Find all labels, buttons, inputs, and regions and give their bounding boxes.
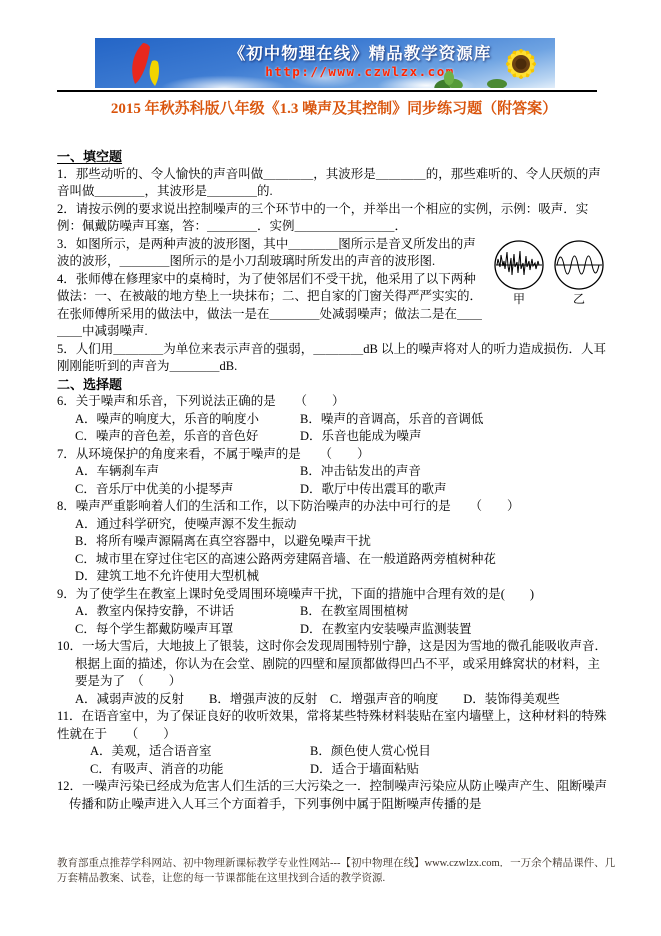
- question-body: 一、填空题 1．那些动听的、令人愉快的声音叫做＿＿＿＿，其波形是＿＿＿＿的，那些…: [57, 148, 611, 813]
- question-7-options-cd: C．音乐厅中优美的小提琴声 D．歌厅中传出震耳的歌声: [57, 481, 611, 499]
- option-9d: D．在教室内安装噪声监测装置: [300, 621, 611, 639]
- question-10-options: A．减弱声波的反射 B．增强声波的反射 C．增强声音的响度 D．装饰得美观些: [57, 691, 611, 709]
- question-7-stem: 7．从环境保护的角度来看，不属于噪声的是 （ ）: [57, 446, 611, 464]
- option-6b: B．噪声的音调高，乐音的音调低: [300, 411, 611, 429]
- section-heading-fill-in: 一、填空题: [57, 148, 611, 166]
- option-8d: D．建筑工地不允许使用大型机械: [57, 568, 611, 586]
- option-6c: C．噪声的音色差，乐音的音色好: [75, 428, 300, 446]
- site-name: 《初中物理在线》精品教学资源库: [195, 40, 525, 64]
- site-url: http://www.czwlzx.com: [195, 64, 525, 79]
- waveform-jia-cell: 甲: [493, 239, 545, 306]
- worksheet-page: 《初中物理在线》精品教学资源库 http://www.czwlzx.com: [0, 0, 661, 936]
- option-9c: C．每个学生都戴防噪声耳罩: [75, 621, 300, 639]
- question-11-options-ab: A．美观，适合语音室 B．颜色使人赏心悦目: [57, 743, 611, 761]
- question-2: 2．请按示例的要求说出控制噪声的三个环节中的一个，并举出一个相应的实例，示例：吸…: [57, 201, 611, 236]
- waveform-noise-icon: [493, 239, 545, 291]
- waveform-figure: 甲 乙: [493, 239, 611, 306]
- question-9-options-ab: A．教室内保持安静，不讲话 B．在教室周围植树: [57, 603, 611, 621]
- question-6-options-cd: C．噪声的音色差，乐音的音色好 D．乐音也能成为噪声: [57, 428, 611, 446]
- page-content: 《初中物理在线》精品教学资源库 http://www.czwlzx.com: [0, 38, 661, 813]
- leaves-icon: [433, 68, 467, 88]
- question-12-stem: 12．一噪声污染已经成为危害人们生活的三大污染之一．控制噪声污染应从防止噪声产生…: [57, 778, 611, 813]
- question-9-options-cd: C．每个学生都戴防噪声耳罩 D．在教室内安装噪声监测装置: [57, 621, 611, 639]
- question-6-stem: 6．关于噪声和乐音，下列说法正确的是 （ ）: [57, 393, 611, 411]
- header-divider: [57, 90, 597, 92]
- option-6a: A．噪声的响度大，乐音的响度小: [75, 411, 300, 429]
- option-11a: A．美观，适合语音室: [90, 743, 310, 761]
- site-logo-icon: [123, 41, 167, 87]
- waveform-sine-icon: [553, 239, 605, 291]
- section-heading-choice: 二、选择题: [57, 376, 611, 394]
- page-footer: 教育部重点推荐学科网站、初中物理新课标教学专业性网站---【初中物理在线】www…: [57, 856, 623, 886]
- question-9-stem: 9．为了使学生在教室上课时免受周围环境噪声干扰，下面的措施中合理有效的是( ): [57, 586, 611, 604]
- option-9a: A．教室内保持安静，不讲话: [75, 603, 300, 621]
- banner-text-block: 《初中物理在线》精品教学资源库 http://www.czwlzx.com: [195, 40, 525, 79]
- option-7c: C．音乐厅中优美的小提琴声: [75, 481, 300, 499]
- question-6-options-ab: A．噪声的响度大，乐音的响度小 B．噪声的音调高，乐音的音调低: [57, 411, 611, 429]
- site-banner: 《初中物理在线》精品教学资源库 http://www.czwlzx.com: [95, 38, 555, 88]
- option-11b: B．颜色使人赏心悦目: [310, 743, 611, 761]
- question-3-4-block: 甲 乙 3．如图所示，是两种声波的波形图，其中＿＿＿＿图所示是音叉所发出的声波的…: [57, 236, 611, 341]
- question-5: 5．人们用＿＿＿＿为单位来表示声音的强弱，＿＿＿＿dB 以上的噪声将对人的听力造…: [57, 341, 611, 376]
- option-7d: D．歌厅中传出震耳的歌声: [300, 481, 611, 499]
- option-8c: C．城市里在穿过住宅区的高速公路两旁建隔音墙、在一般道路两旁植树种花: [57, 551, 611, 569]
- option-7a: A．车辆刹车声: [75, 463, 300, 481]
- question-10-stem: 10．一场大雪后，大地披上了银装，这时你会发现周围特别宁静，这是因为雪地的微孔能…: [57, 638, 611, 691]
- option-7b: B．冲击钻发出的声音: [300, 463, 611, 481]
- question-11-stem: 11．在语音室中，为了保证良好的收听效果，常将某些特殊材料装贴在室内墙壁上，这种…: [57, 708, 611, 743]
- option-8b: B．将所有噪声源隔离在真空容器中，以避免噪声干扰: [57, 533, 611, 551]
- waveform-label-jia: 甲: [493, 292, 545, 306]
- waveform-yi-cell: 乙: [553, 239, 605, 306]
- footer-text: 教育部重点推荐学科网站、初中物理新课标教学专业性网站---【初中物理在线】www…: [57, 858, 615, 884]
- question-1: 1．那些动听的、令人愉快的声音叫做＿＿＿＿，其波形是＿＿＿＿的，那些难听的、令人…: [57, 166, 611, 201]
- option-11d: D．适合于墙面粘贴: [310, 761, 611, 779]
- waveform-label-yi: 乙: [553, 292, 605, 306]
- sunflower-icon: [485, 38, 551, 88]
- page-title: 2015 年秋苏科版八年级《1.3 噪声及其控制》同步练习题（附答案）: [57, 97, 611, 118]
- option-9b: B．在教室周围植树: [300, 603, 611, 621]
- option-6d: D．乐音也能成为噪声: [300, 428, 611, 446]
- question-7-options-ab: A．车辆刹车声 B．冲击钻发出的声音: [57, 463, 611, 481]
- question-11-options-cd: C．有吸声、消音的功能 D．适合于墙面粘贴: [57, 761, 611, 779]
- option-8a: A．通过科学研究，使噪声源不发生振动: [57, 516, 611, 534]
- option-11c: C．有吸声、消音的功能: [90, 761, 310, 779]
- question-8-stem: 8．噪声严重影响着人们的生活和工作，以下防治噪声的办法中可行的是 （ ）: [57, 498, 611, 516]
